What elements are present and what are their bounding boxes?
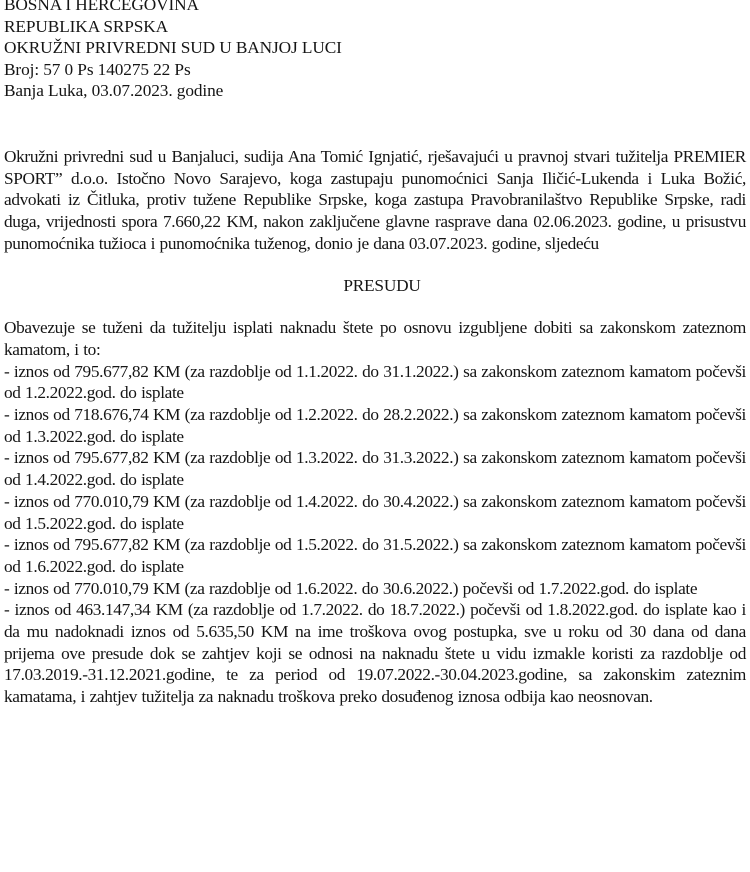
verdict-item: - iznos od 770.010,79 KM (za razdoblje o… xyxy=(4,578,746,600)
country-line: BOSNA I HERCEGOVINA xyxy=(4,0,746,16)
verdict-item: - iznos od 463.147,34 KM (za razdoblje o… xyxy=(4,599,746,708)
court-name-line: OKRUŽNI PRIVREDNI SUD U BANJOJ LUCI xyxy=(4,37,746,59)
intro-paragraph: Okružni privredni sud u Banjaluci, sudij… xyxy=(4,146,746,255)
case-number-line: Broj: 57 0 Ps 140275 22 Ps xyxy=(4,59,746,81)
verdict-item: - iznos od 795.677,82 KM (za razdoblje o… xyxy=(4,447,746,490)
verdict-body: Obavezuje se tuženi da tužitelju isplati… xyxy=(4,317,746,708)
verdict-item: - iznos od 795.677,82 KM (za razdoblje o… xyxy=(4,534,746,577)
verdict-item: - iznos od 770.010,79 KM (za razdoblje o… xyxy=(4,491,746,534)
document-header: BOSNA I HERCEGOVINA REPUBLIKA SRPSKA OKR… xyxy=(4,0,746,102)
place-date-line: Banja Luka, 03.07.2023. godine xyxy=(4,80,746,102)
court-document: BOSNA I HERCEGOVINA REPUBLIKA SRPSKA OKR… xyxy=(4,0,746,708)
verdict-item: - iznos od 795.677,82 KM (za razdoblje o… xyxy=(4,361,746,404)
entity-line: REPUBLIKA SRPSKA xyxy=(4,16,746,38)
verdict-title: PRESUDU xyxy=(4,275,746,297)
verdict-opening: Obavezuje se tuženi da tužitelju isplati… xyxy=(4,317,746,360)
verdict-item: - iznos od 718.676,74 KM (za razdoblje o… xyxy=(4,404,746,447)
